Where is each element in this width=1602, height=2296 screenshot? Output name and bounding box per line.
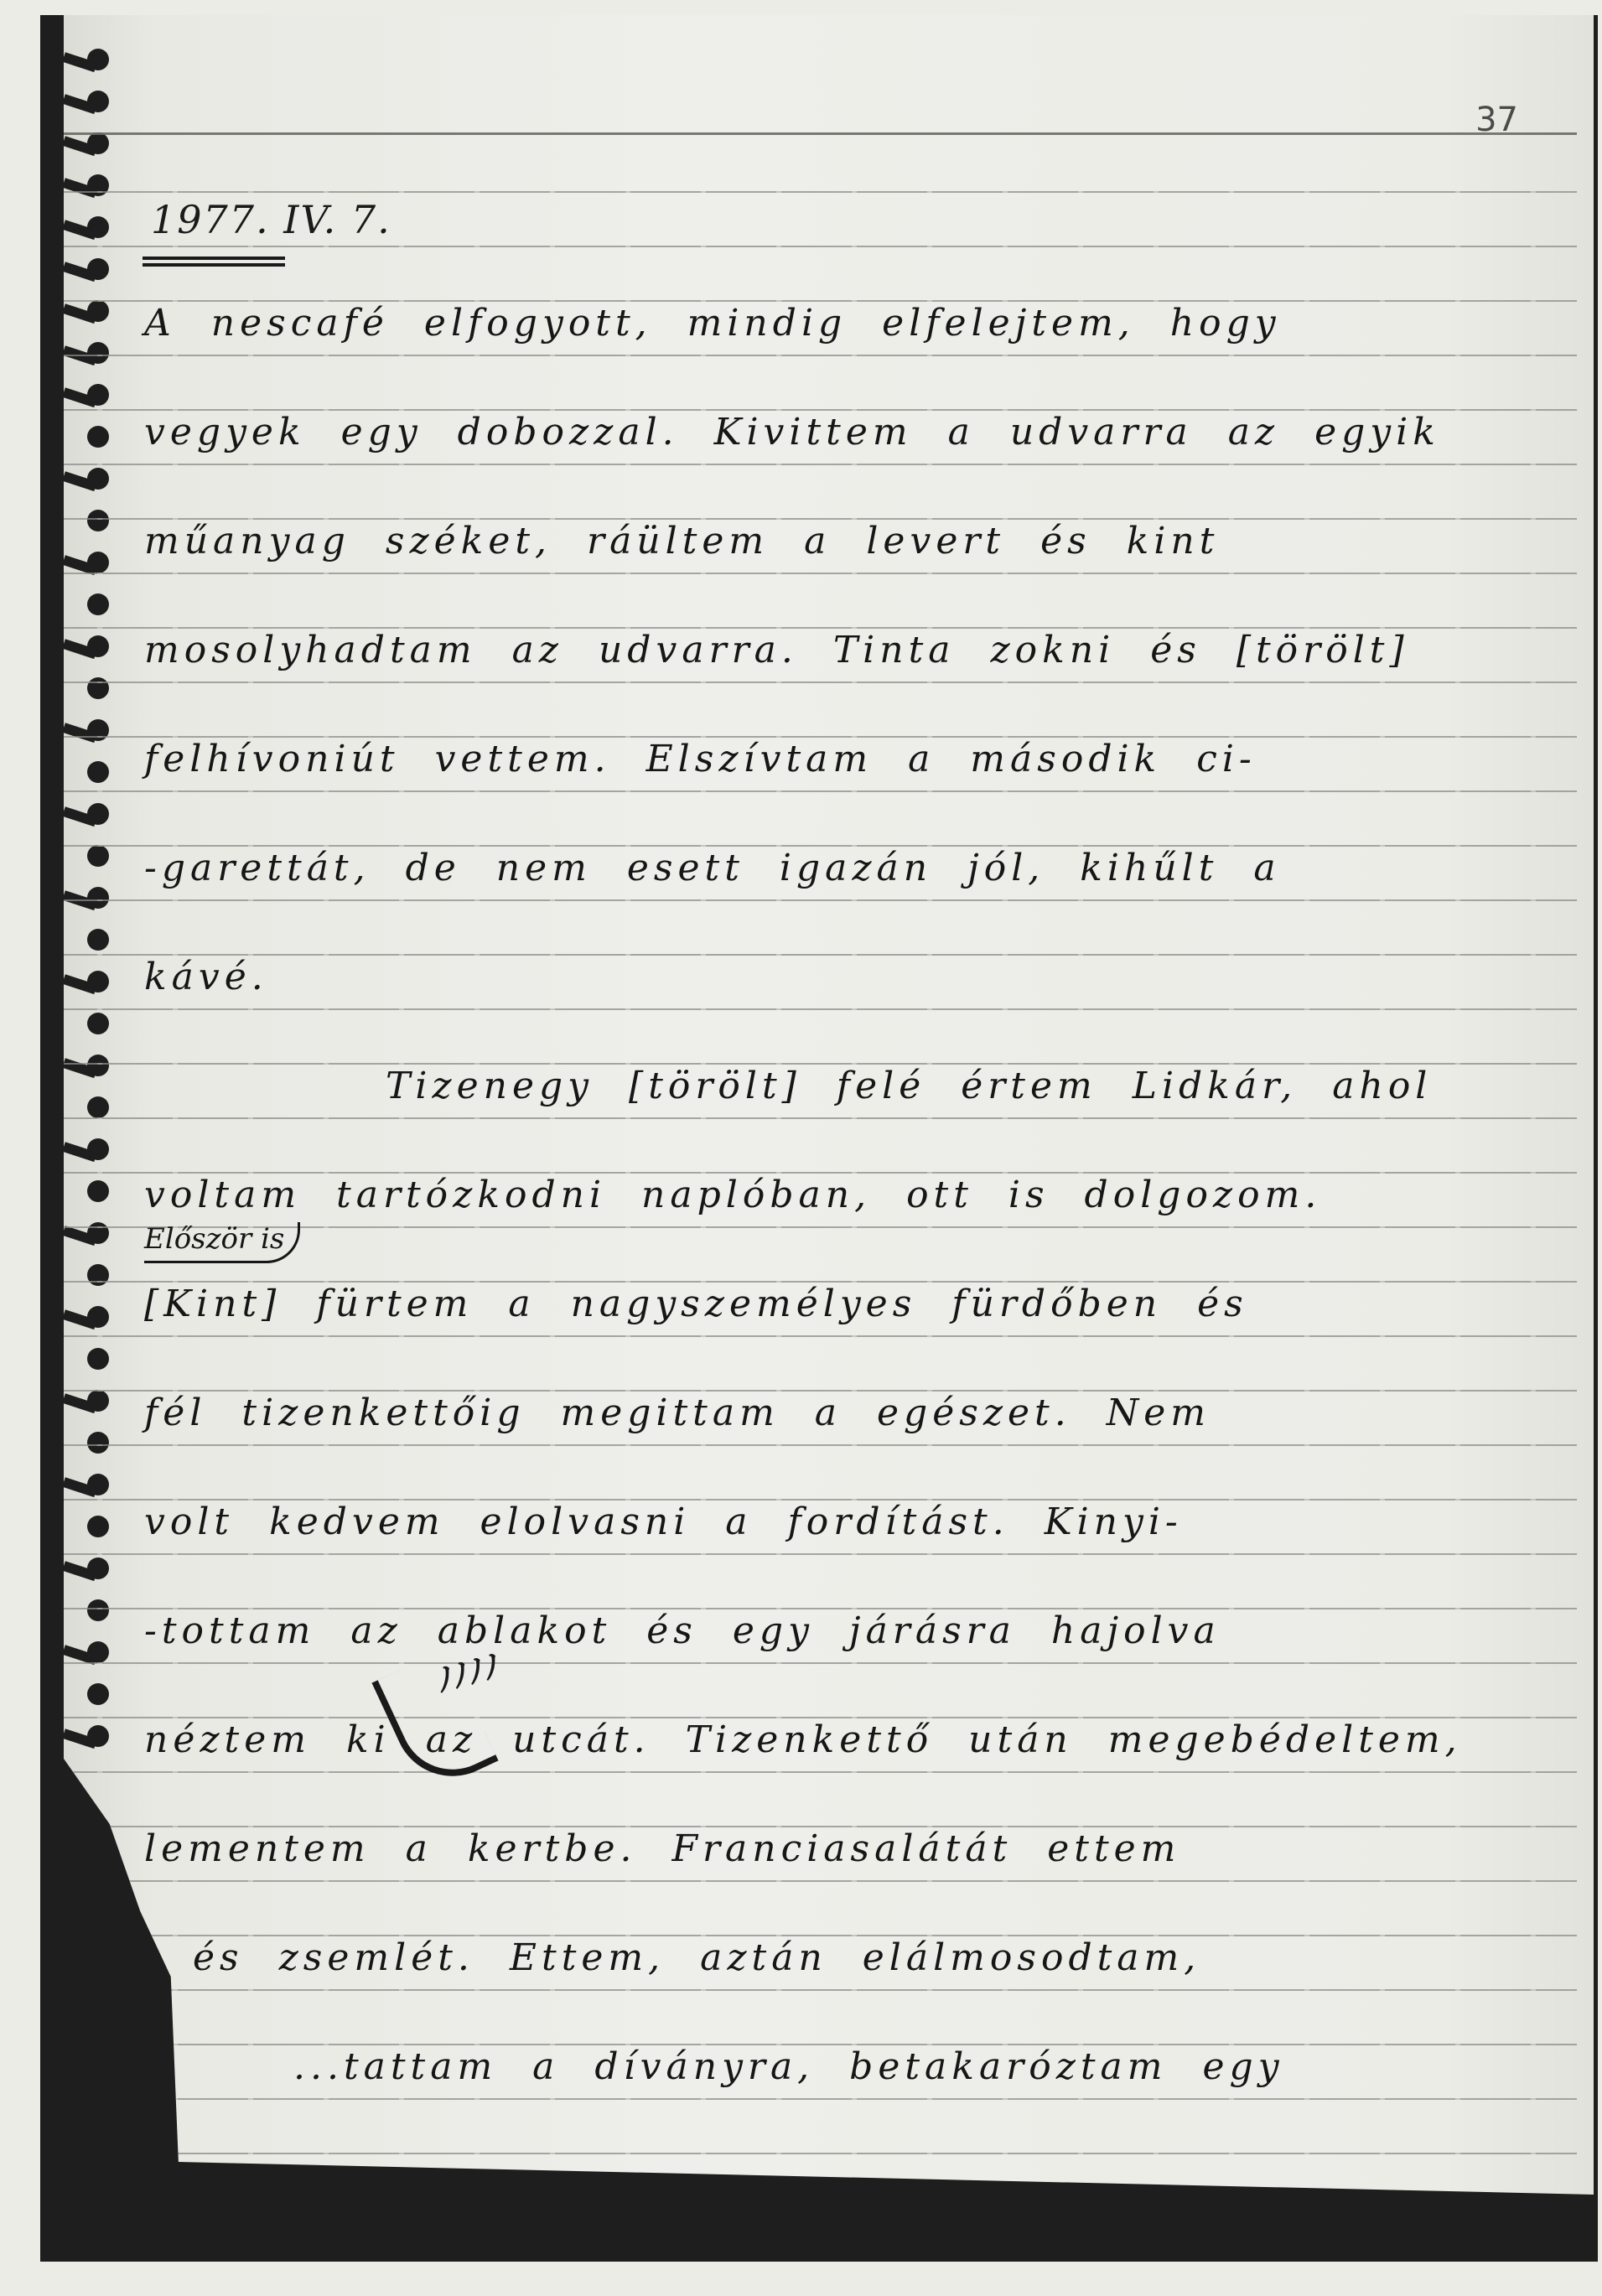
ruled-line [64,246,1577,247]
ruled-line [64,1444,1577,1446]
handwritten-line: felhívoniút vettem. Elszívtam a második … [144,738,1568,780]
perforation-hole [87,677,109,699]
perforation-hole [87,929,109,951]
perforation-hole [87,1264,109,1286]
perforation-hole [87,761,109,783]
perforation-hole [87,1348,109,1370]
handwritten-line: [Kint] fürtem a nagyszemélyes fürdőben é… [144,1283,1568,1325]
ruled-line [64,2262,1577,2263]
ruled-line [64,899,1577,901]
ruled-line [64,573,1577,574]
handwritten-line: kávé. [144,956,1568,998]
marginal-insert: Először is [144,1222,300,1263]
perforation-hole [87,510,109,531]
ruled-line [64,1662,1577,1664]
perforation-hole [87,1683,109,1705]
ruled-line [64,1989,1577,1991]
perforation-hole [87,1599,109,1621]
handwritten-line: vegyek egy dobozzal. Kivittem a udvarra … [144,411,1568,453]
page-number: 37 [1475,101,1518,139]
ruled-line [64,2098,1577,2100]
date-heading: 1977. IV. 7. [151,197,391,242]
ruled-line [64,355,1577,356]
ruled-line [64,1117,1577,1119]
handwritten-line: -garettát, de nem esett igazán jól, kihű… [144,847,1568,889]
perforation-hole [87,1180,109,1202]
perforation-hole [87,845,109,867]
perforation-hole [87,1013,109,1034]
ruled-line [64,1771,1577,1773]
ruled-line [64,682,1577,683]
ruled-line [64,132,1577,135]
handwritten-line: Tizenegy [törölt] felé értem Lidkár, aho… [386,1065,1568,1107]
handwritten-line: mosolyhadtam az udvarra. Tinta zokni és … [144,629,1568,671]
perforation-hole [87,1096,109,1118]
perforation-hole [87,426,109,448]
handwritten-line: és zsemlét. Ettem, aztán elálmosodtam, [193,1936,1568,1979]
handwritten-line: A nescafé elfogyott, mindig elfelejtem, … [144,302,1568,345]
date-underline [143,257,285,260]
ruled-line [64,790,1577,792]
handwritten-line: műanyag széket, ráültem a levert és kint [144,520,1568,562]
handwritten-line: ...tattam a díványra, betakaróztam egy [293,2045,1568,2088]
handwritten-line: lementem a kertbe. Franciasalátát ettem [144,1827,1568,1870]
ruled-line [64,1008,1577,1010]
perforation-hole [87,1516,109,1537]
ruled-line [64,1553,1577,1555]
handwritten-line: fél tizenkettőig megittam a egészet. Nem [144,1392,1568,1434]
handwritten-line: voltam tartózkodni naplóban, ott is dolg… [144,1174,1568,1216]
ruled-line [64,1335,1577,1337]
handwritten-line: volt kedvem elolvasni a fordítást. Kinyi… [144,1500,1568,1543]
ruled-line [64,1880,1577,1882]
perforation-hole [87,1432,109,1454]
ruled-line [64,2153,1577,2154]
perforation-hole [87,593,109,615]
ruled-line [64,191,1577,193]
ruled-line [64,464,1577,465]
handwritten-line: -tottam az ablakot és egy járásra hajolv… [144,1609,1568,1652]
handwritten-line: néztem ki az utcát. Tizenkettő után mege… [144,1718,1568,1761]
